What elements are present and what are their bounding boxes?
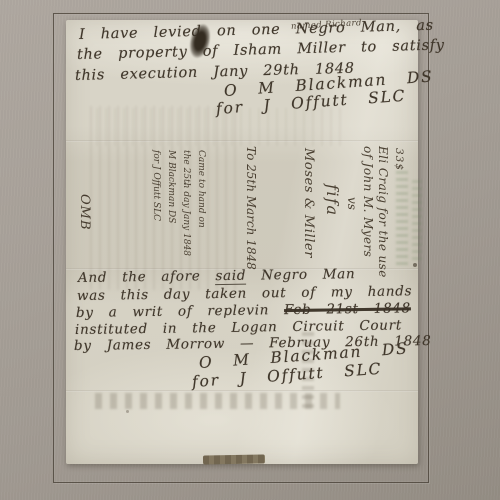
return-note-line-3: M Blackman DS <box>163 150 178 258</box>
document-paper: named Richard I have levied on one Negro… <box>66 20 418 464</box>
bottom-line-1-post: Negro Man <box>246 266 355 284</box>
ink-speck <box>126 410 129 413</box>
clerk-initials: OMB <box>74 194 94 230</box>
return-note-block: Came to hand on the 25th day Jany 1848 M… <box>148 150 210 262</box>
bottom-line-1-pre: And the afore <box>78 268 216 286</box>
ink-speck <box>413 263 417 267</box>
return-note-line-2: the 25th day Jany 1848 <box>178 150 193 258</box>
embossed-numbers <box>95 393 340 409</box>
tape-residue <box>203 454 265 464</box>
ink-speck <box>184 182 186 185</box>
return-note-line-4: for J Offutt SLC <box>148 150 163 258</box>
initials-block: OMB <box>74 194 96 232</box>
fold-crease <box>66 390 418 392</box>
bottom-line-3-pre: by a writ of replevin <box>76 302 284 321</box>
return-note-line-1: Came to hand on <box>193 150 208 258</box>
framed-document-photo: named Richard I have levied on one Negro… <box>0 0 500 500</box>
underlined-word: said <box>215 268 246 285</box>
struck-date: Feb 21st 1848 <box>284 300 411 318</box>
